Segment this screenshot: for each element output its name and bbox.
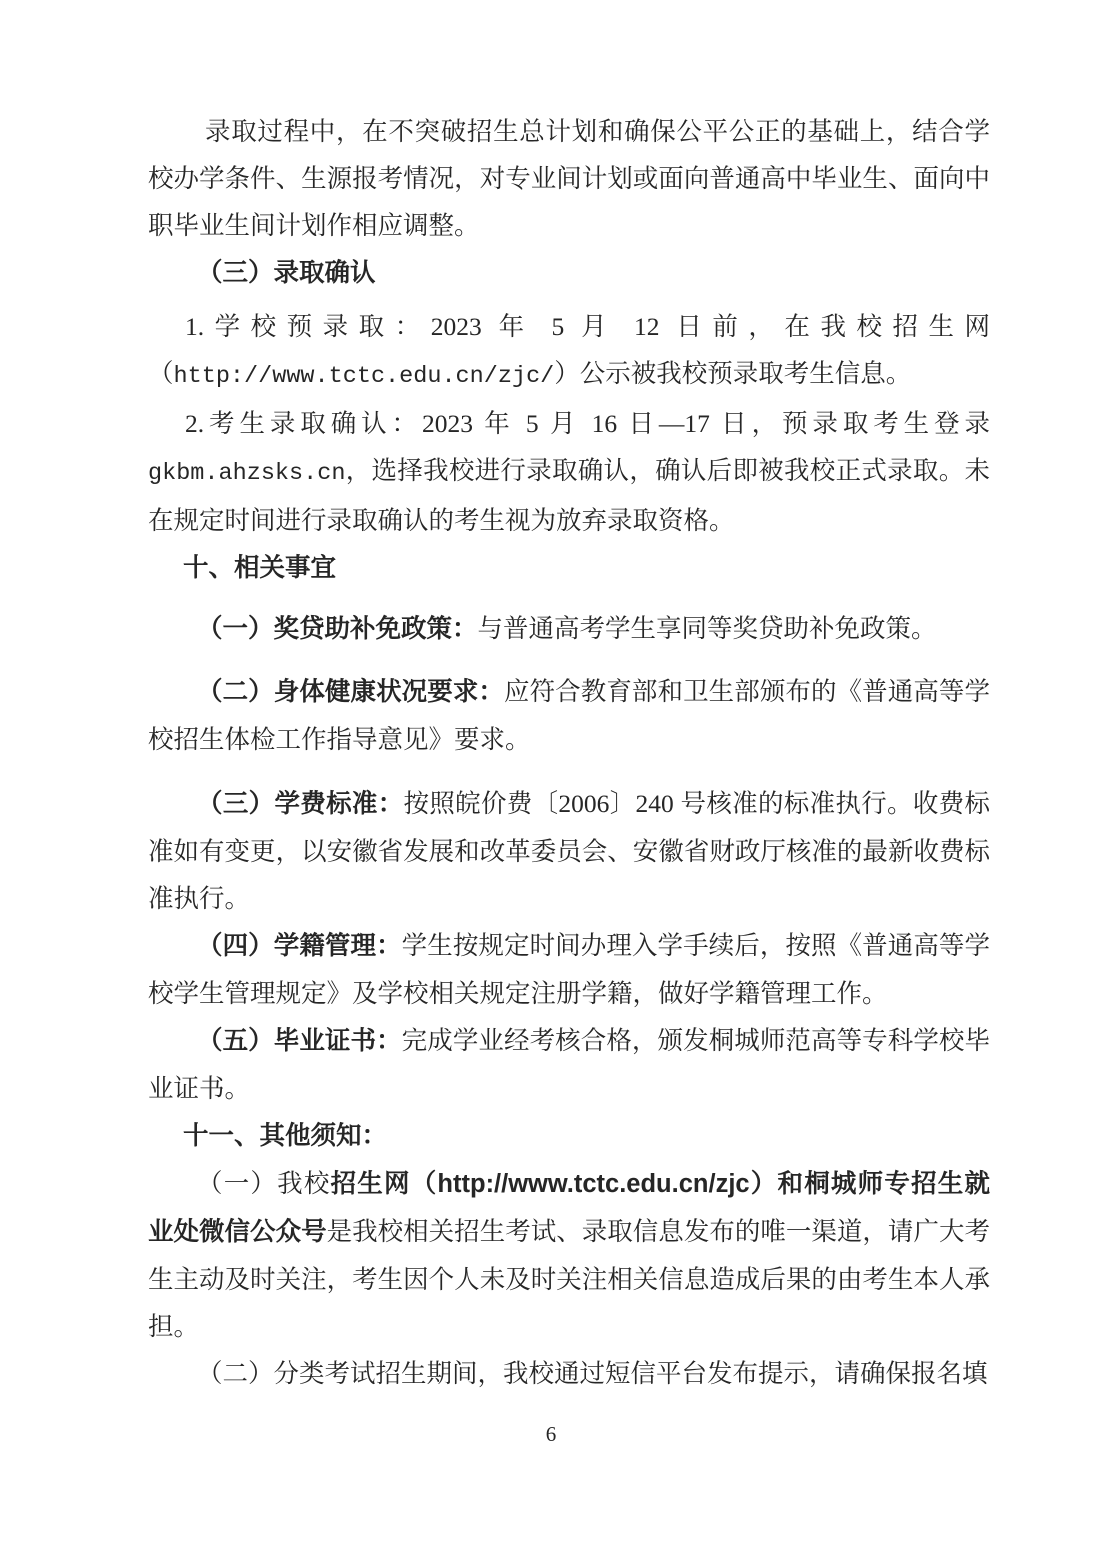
para-candidate-confirmation: 2.考生录取确认：2023 年 5 月 16 日—17 日，预录取考生登录 gk… [148,400,990,544]
bold-text-run: 十一、其他须知： [183,1122,387,1150]
url-text-run: http://www.tctc.edu.cn/zjc/ [174,363,555,390]
para-tuition-standard: （三）学费标准：按照皖价费〔2006〕240 号核准的标准执行。收费标准如有变更… [148,780,990,922]
para-pre-admission: 1.学校预录取：2023 年 5 月 12 日前，在我校招生网（http://w… [148,303,990,400]
text-run: 与普通高考学生享同等奖贷助补免政策。 [478,614,937,643]
document-page: 录取过程中，在不突破招生总计划和确保公平公正的基础上，结合学校办学条件、生源报考… [0,0,1102,1559]
text-run: （二）分类考试招生期间，我校通过短信平台发布提示，请确保报名填 [197,1359,988,1388]
page-number: 6 [546,1422,557,1446]
text-run: 录取过程中，在不突破招生总计划和确保公平公正的基础上，结合学校办学条件、生源报考… [148,117,990,240]
document-body: 录取过程中，在不突破招生总计划和确保公平公正的基础上，结合学校办学条件、生源报考… [148,108,990,1397]
bold-text-run: （一）奖贷助补免政策： [197,615,478,643]
text-run: 2.考生录取确认：2023 年 5 月 16 日—17 日，预录取考生登录 [185,409,990,438]
url-text-run: gkbm.ahzsks.cn [148,460,345,487]
bold-text-run: （二）身体健康状况要求： [197,678,504,706]
bold-text-run: 十、相关事宜 [183,554,336,582]
text-run: （一）我校 [197,1169,331,1198]
para-sms-notice: （二）分类考试招生期间，我校通过短信平台发布提示，请确保报名填 [148,1350,990,1397]
heading-admission-confirmation: （三）录取确认 [148,249,990,297]
bold-text-run: （三）学费标准： [197,790,404,818]
text-run: ）公示被我校预录取考生信息。 [554,359,911,388]
para-financial-aid: （一）奖贷助补免政策：与普通高考学生享同等奖贷助补免政策。 [148,605,990,653]
para-diploma: （五）毕业证书：完成学业经考核合格，颁发桐城师范高等专科学校毕业证书。 [148,1017,990,1112]
para-adjustment-policy: 录取过程中，在不突破招生总计划和确保公平公正的基础上，结合学校办学条件、生源报考… [148,108,990,249]
para-student-status: （四）学籍管理：学生按规定时间办理入学手续后，按照《普通高等学校学生管理规定》及… [148,922,990,1017]
para-official-channels: （一）我校招生网（http://www.tctc.edu.cn/zjc）和桐城师… [148,1160,990,1350]
heading-other-notes: 十一、其他须知： [148,1112,990,1160]
bold-text-run: （三）录取确认 [197,259,376,287]
bold-text-run: （五）毕业证书： [197,1027,402,1055]
bold-text-run: （四）学籍管理： [197,932,402,960]
page-footer: 6 [0,1422,1102,1447]
heading-related-matters: 十、相关事宜 [148,544,990,592]
para-health-requirement: （二）身体健康状况要求：应符合教育部和卫生部颁布的《普通高等学校招生体检工作指导… [148,668,990,763]
